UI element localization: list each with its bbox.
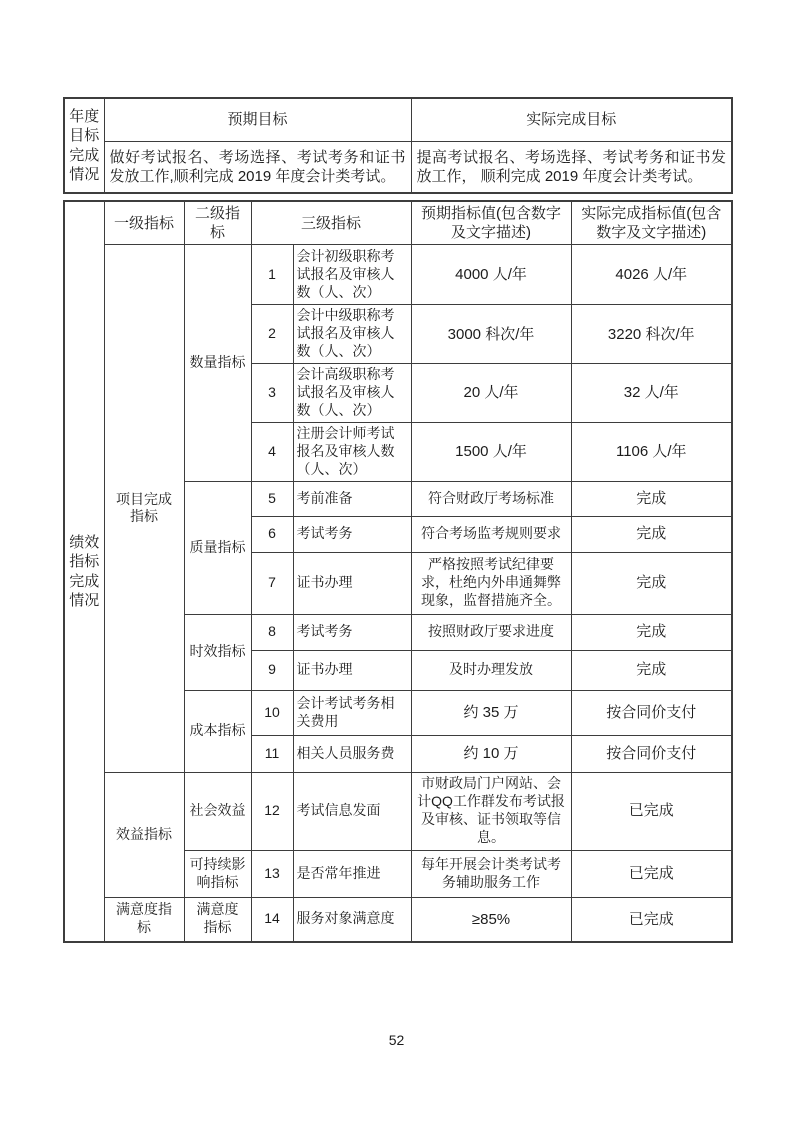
- level1-cell-project: 项目完成 指标: [104, 245, 184, 772]
- actual-value-cell: 已完成: [571, 772, 732, 850]
- actual-value-cell: 完成: [571, 650, 732, 690]
- row-no: 9: [251, 650, 293, 690]
- actual-value-cell: 3220 科次/年: [571, 305, 732, 364]
- level3-header: 三级指标: [251, 201, 411, 245]
- annual-goal-table: 年度 目标 完成 情况 预期目标 实际完成目标 做好考试报名、考场选择、考试考务…: [63, 97, 733, 194]
- expected-value-cell: 及时办理发放: [411, 650, 571, 690]
- expected-value-cell: 每年开展会计类考试考务辅助服务工作: [411, 850, 571, 897]
- expected-value-cell: 符合考场监考规则要求: [411, 516, 571, 552]
- level2-cell-satisfaction: 满意度 指标: [184, 897, 251, 942]
- annual-goal-row-label: 年度 目标 完成 情况: [64, 98, 104, 193]
- indicator-cell: 会计高级职称考试报名及审核人数（人、次）: [293, 364, 411, 423]
- expected-value-header: 预期指标值(包含数字及文字描述): [411, 201, 571, 245]
- indicator-cell: 注册会计师考试报名及审核人数（人、次）: [293, 422, 411, 481]
- row-no: 12: [251, 772, 293, 850]
- indicator-cell: 证书办理: [293, 650, 411, 690]
- actual-value-cell: 完成: [571, 481, 732, 516]
- indicator-cell: 证书办理: [293, 552, 411, 614]
- actual-goal-header: 实际完成目标: [411, 98, 732, 141]
- actual-value-cell: 已完成: [571, 897, 732, 942]
- indicator-cell: 考试信息发面: [293, 772, 411, 850]
- level2-cell-sustainability: 可持续影 响指标: [184, 850, 251, 897]
- row-no: 7: [251, 552, 293, 614]
- actual-value-cell: 4026 人/年: [571, 245, 732, 305]
- row-no: 10: [251, 690, 293, 735]
- row-no: 2: [251, 305, 293, 364]
- document-page: 年度 目标 完成 情况 预期目标 实际完成目标 做好考试报名、考场选择、考试考务…: [0, 0, 793, 1122]
- row-no: 13: [251, 850, 293, 897]
- row-no: 8: [251, 614, 293, 650]
- expected-goal-header: 预期目标: [104, 98, 411, 141]
- expected-value-cell: 4000 人/年: [411, 245, 571, 305]
- actual-value-cell: 完成: [571, 552, 732, 614]
- level2-cell-timeliness: 时效指标: [184, 614, 251, 690]
- level2-cell-cost: 成本指标: [184, 690, 251, 772]
- expected-value-cell: 1500 人/年: [411, 422, 571, 481]
- actual-goal-text: 提高考试报名、考场选择、考试考务和证书发放工作， 顺利完成 2019 年度会计类…: [411, 141, 732, 193]
- row-no: 4: [251, 422, 293, 481]
- actual-value-cell: 32 人/年: [571, 364, 732, 423]
- actual-value-cell: 按合同价支付: [571, 690, 732, 735]
- expected-value-cell: 20 人/年: [411, 364, 571, 423]
- indicator-cell: 考试考务: [293, 614, 411, 650]
- actual-value-header: 实际完成指标值(包含数字及文字描述): [571, 201, 732, 245]
- expected-value-cell: 约 10 万: [411, 735, 571, 772]
- row-no: 11: [251, 735, 293, 772]
- row-no: 14: [251, 897, 293, 942]
- expected-value-cell: ≥85%: [411, 897, 571, 942]
- indicator-cell: 服务对象满意度: [293, 897, 411, 942]
- page-number: 52: [0, 1032, 793, 1048]
- expected-value-cell: 严格按照考试纪律要求，杜绝内外串通舞弊现象，监督措施齐全。: [411, 552, 571, 614]
- row-no: 3: [251, 364, 293, 423]
- level2-cell-quality: 质量指标: [184, 481, 251, 614]
- expected-goal-text: 做好考试报名、考场选择、考试考务和证书发放工作,顺利完成 2019 年度会计类考…: [104, 141, 411, 193]
- indicator-cell: 考前准备: [293, 481, 411, 516]
- indicator-cell: 考试考务: [293, 516, 411, 552]
- actual-value-cell: 已完成: [571, 850, 732, 897]
- expected-value-cell: 市财政局门户网站、会计QQ工作群发布考试报及审核、证书领取等信息。: [411, 772, 571, 850]
- indicator-cell: 是否常年推进: [293, 850, 411, 897]
- level2-header: 二级指标: [184, 201, 251, 245]
- indicator-cell: 会计考试考务相关费用: [293, 690, 411, 735]
- expected-value-cell: 符合财政厅考场标准: [411, 481, 571, 516]
- indicator-cell: 相关人员服务费: [293, 735, 411, 772]
- actual-value-cell: 完成: [571, 614, 732, 650]
- level1-header: 一级指标: [104, 201, 184, 245]
- level1-cell-satisfaction: 满意度指 标: [104, 897, 184, 942]
- performance-row-label: 绩效 指标 完成 情况: [64, 201, 104, 942]
- row-no: 6: [251, 516, 293, 552]
- indicator-cell: 会计初级职称考试报名及审核人数（人、次）: [293, 245, 411, 305]
- row-no: 1: [251, 245, 293, 305]
- expected-value-cell: 按照财政厅要求进度: [411, 614, 571, 650]
- expected-value-cell: 3000 科次/年: [411, 305, 571, 364]
- row-no: 5: [251, 481, 293, 516]
- expected-value-cell: 约 35 万: [411, 690, 571, 735]
- actual-value-cell: 完成: [571, 516, 732, 552]
- level2-cell-social: 社会效益: [184, 772, 251, 850]
- level2-cell-quantity: 数量指标: [184, 245, 251, 481]
- performance-indicator-table: 绩效 指标 完成 情况 一级指标 二级指标 三级指标 预期指标值(包含数字及文字…: [63, 200, 733, 943]
- actual-value-cell: 按合同价支付: [571, 735, 732, 772]
- indicator-cell: 会计中级职称考试报名及审核人数（人、次）: [293, 305, 411, 364]
- actual-value-cell: 1106 人/年: [571, 422, 732, 481]
- level1-cell-benefit: 效益指标: [104, 772, 184, 897]
